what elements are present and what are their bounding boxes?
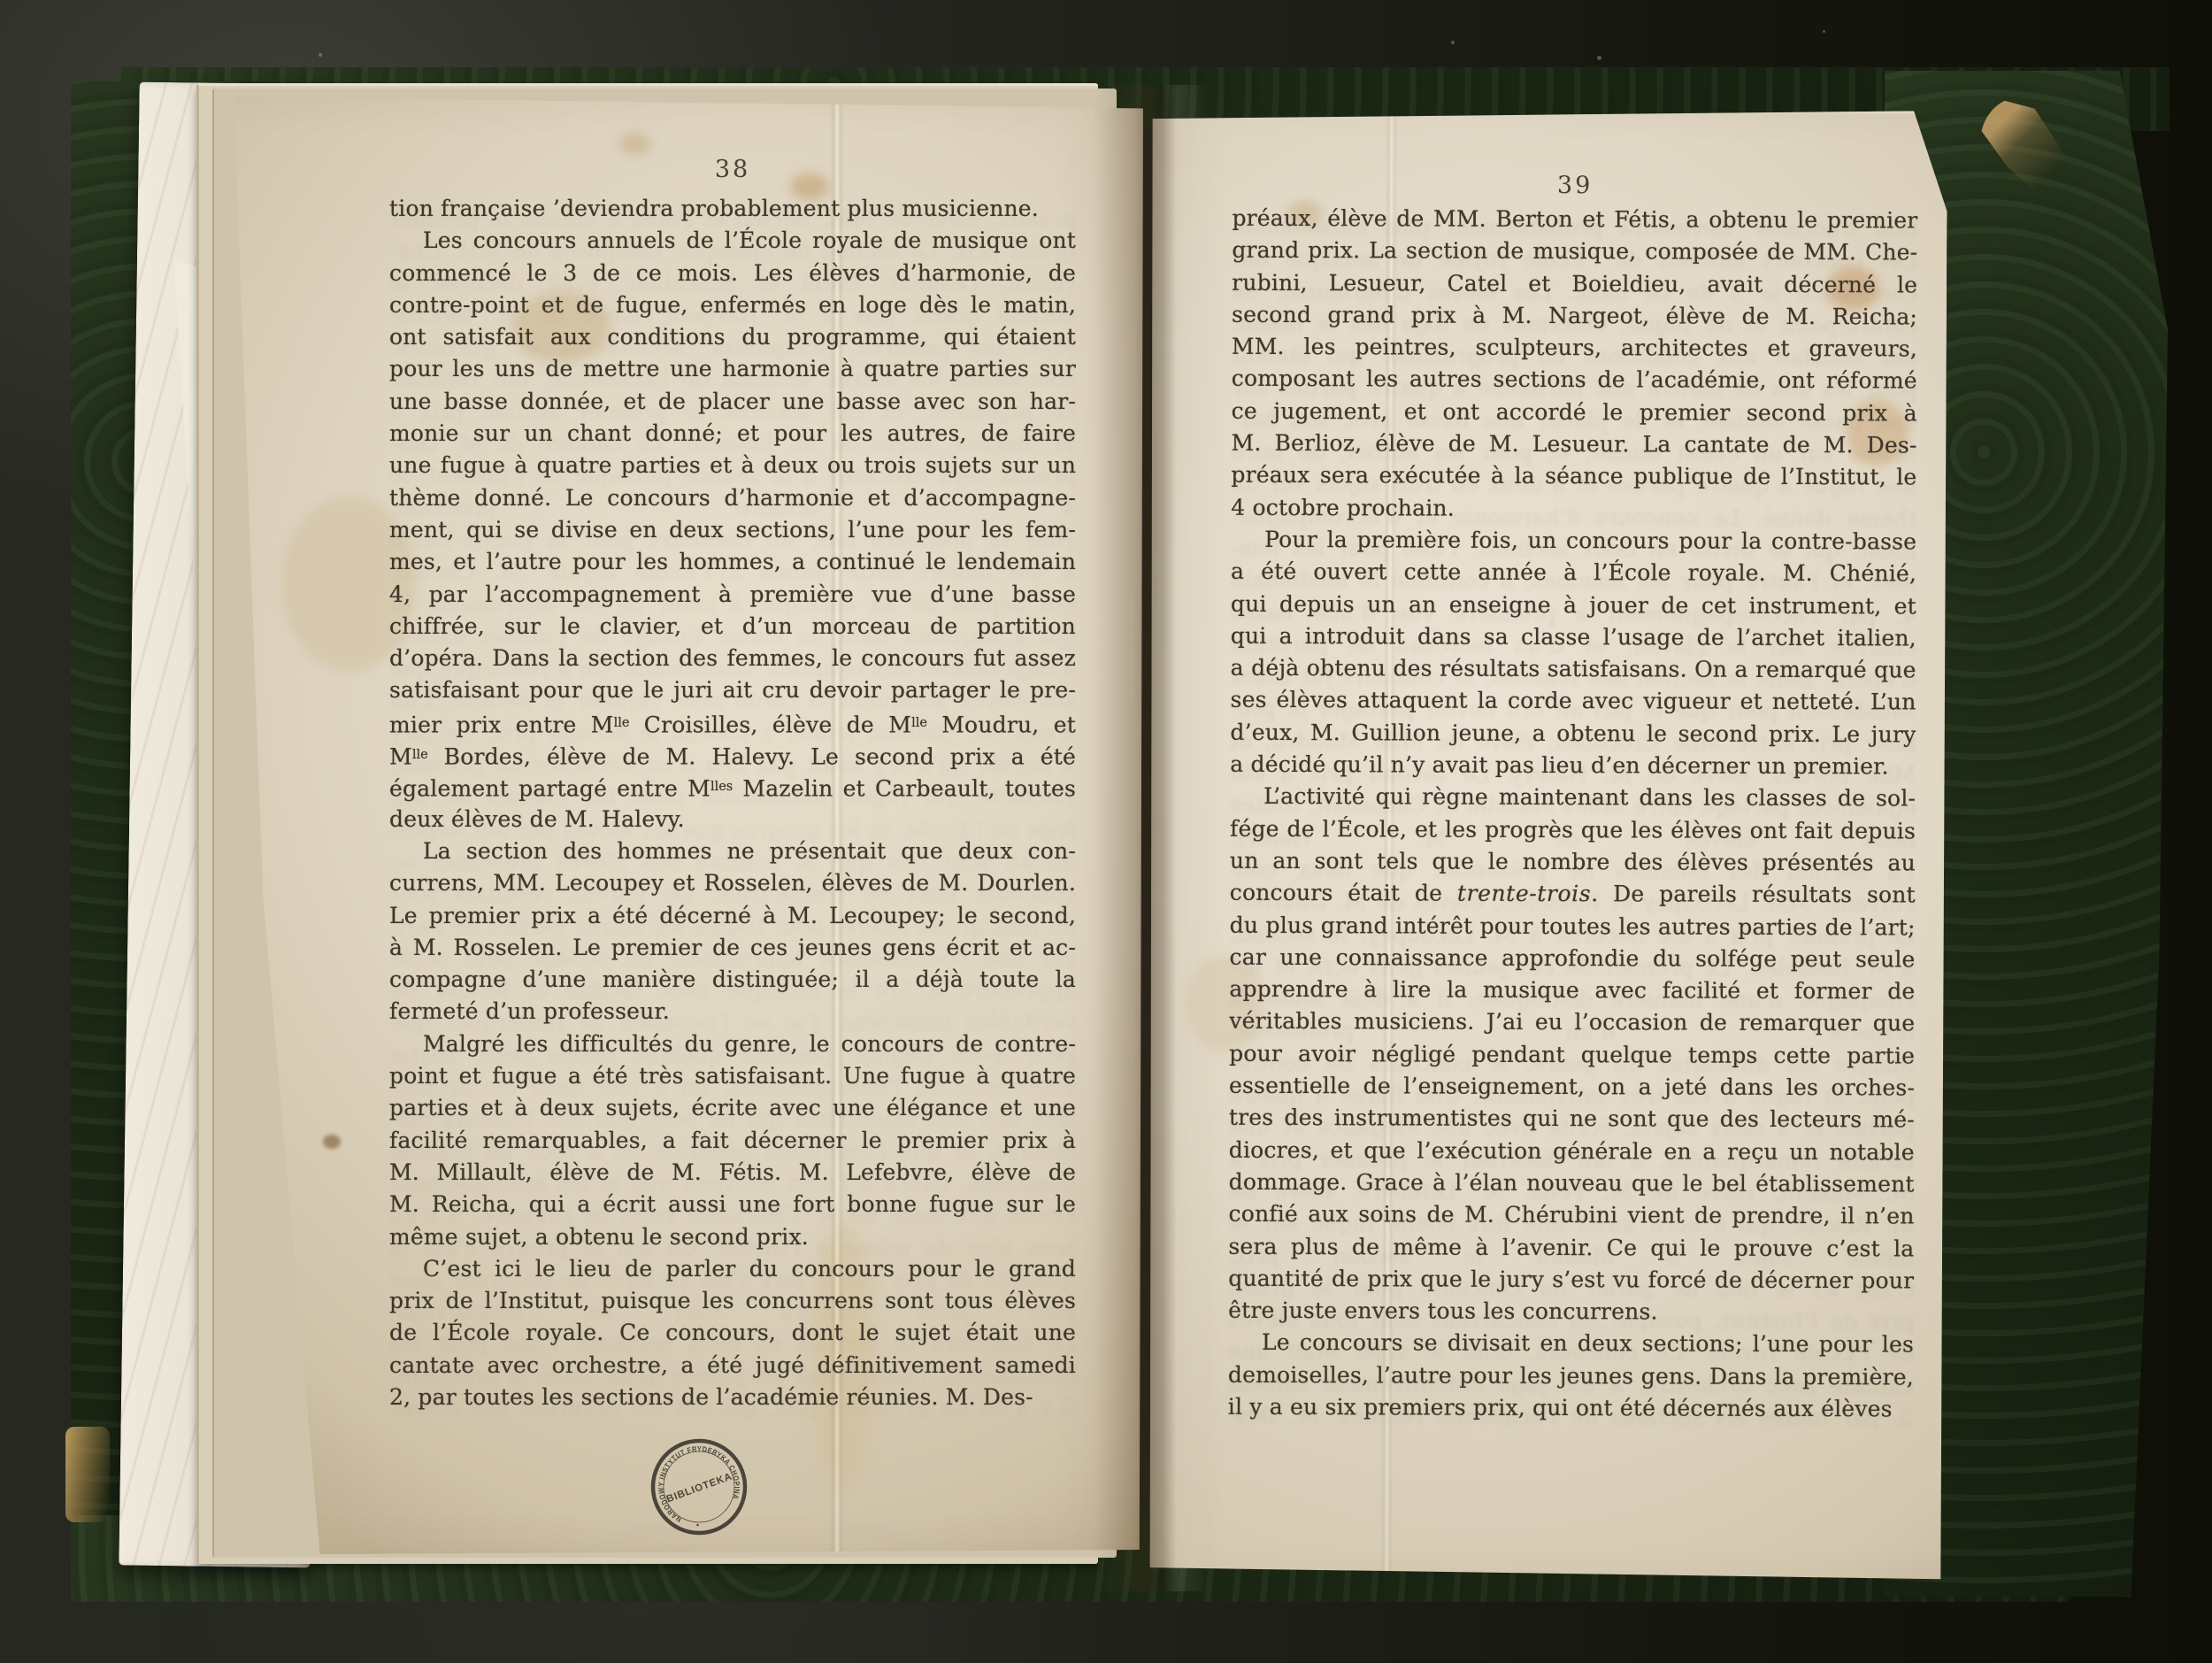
foxing-stain [619, 133, 650, 155]
text-line: pour avoir négligé pendant quelque temps… [1229, 1037, 1915, 1072]
text-line: chiffrée, sur le clavier, et d’un morcea… [389, 611, 1076, 643]
book-photo: préaux, élève de MM. Berton et Fétis, a … [0, 0, 2212, 1663]
text-line: être juste envers tous les concurrens. [1228, 1295, 1914, 1329]
text-line: ont satisfait aux conditions du programm… [389, 321, 1076, 353]
svg-text:•: • [694, 1520, 703, 1530]
text-line: préaux sera exécutée à la séance publiqu… [1231, 459, 1916, 494]
page-39-text-block: préaux, élève de MM. Berton et Fétis, a … [1228, 203, 1918, 1426]
page-38-text-block: tion française ’deviendra probablement p… [389, 193, 1076, 1413]
text-line: car une connaissance approfondie du solf… [1229, 942, 1915, 976]
cover-corner-wear [65, 1427, 110, 1522]
text-line: rubini, Lesueur, Catel et Boieldieu, ava… [1232, 266, 1917, 301]
text-line: a été ouvert cette année à l’École royal… [1231, 556, 1916, 590]
text-line: mes, et l’autre pour les hommes, a conti… [389, 546, 1076, 578]
dust-speck [1451, 41, 1455, 44]
page-39: tion française ’deviendra probablement p… [1146, 108, 1947, 1582]
text-line: L’activité qui règne maintenant dans les… [1230, 781, 1916, 815]
text-line: demoiselles, l’autre pour les jeunes gen… [1228, 1359, 1914, 1393]
text-line: quantité de prix que le jury s’est vu fo… [1228, 1263, 1914, 1297]
text-line: à M. Rosselen. Le premier de ces jeunes … [389, 932, 1076, 964]
text-line: grand prix. La section de musique, compo… [1232, 235, 1917, 269]
gutter-shadow [1094, 85, 1209, 1591]
text-line: sera plus de même à l’avenir. Ce qui le … [1228, 1230, 1914, 1265]
text-line: tion française ’deviendra probablement p… [389, 193, 1076, 225]
text-line: M. Berlioz, élève de M. Lesueur. La cant… [1232, 427, 1917, 462]
text-line: monie sur un chant donné; et pour les au… [389, 418, 1076, 450]
text-line: 4 octobre prochain. [1231, 491, 1916, 526]
text-line: a déjà obtenu des résultats satisfaisans… [1231, 652, 1916, 687]
text-line: fége de l’École, et les progrès que les … [1230, 812, 1916, 847]
text-line: confié aux soins de M. Chérubini vient d… [1228, 1198, 1914, 1233]
stamp-separator: • [694, 1520, 703, 1530]
text-line: satisfaisant pour que le juri ait cru de… [389, 674, 1076, 706]
text-line: concours était de trente-trois. De parei… [1230, 877, 1916, 912]
text-line: point et fugue a été très satisfaisant. … [389, 1060, 1076, 1092]
library-stamp: NARODOWY INSTYTUT FRYDERYKA CHOPINA • BI… [648, 1436, 750, 1538]
text-line: deux élèves de M. Halevy. [389, 804, 1076, 835]
text-line: La section des hommes ne présentait que … [389, 835, 1076, 867]
text-line: second grand prix à M. Nargeot, élève de… [1232, 299, 1917, 334]
page-38: préaux, élève de MM. Berton et Fétis, a … [228, 94, 1145, 1554]
text-line: véritables musiciens. J’ai eu l’occasion… [1229, 1005, 1915, 1040]
text-line: il y a eu six premiers prix, qui ont été… [1228, 1391, 1914, 1426]
text-line: une fugue à quatre parties et à deux ou … [389, 450, 1076, 481]
text-line: 4, par l’accompagnement à première vue d… [389, 579, 1076, 611]
text-line: cantate avec orchestre, a été jugé défin… [389, 1350, 1076, 1382]
dust-speck [1597, 56, 1601, 60]
text-line: d’eux, M. Guillion jeune, a obtenu le se… [1230, 717, 1916, 751]
dust-speck [319, 53, 322, 57]
text-line: préaux, élève de MM. Berton et Fétis, a … [1232, 203, 1917, 237]
text-line: ses élèves attaquent la corde avec vigue… [1231, 684, 1916, 719]
text-line: ce jugement, et ont accordé le premier s… [1232, 396, 1917, 430]
text-line: également partagé entre Mlles Mazelin et… [389, 771, 1076, 803]
text-line: tres des instrumentistes qui ne sont que… [1229, 1102, 1915, 1136]
text-line: Les concours annuels de l’École royale d… [389, 225, 1076, 257]
text-line: ment, qui se divise en deux sections, l’… [389, 514, 1076, 546]
text-line: mier prix entre Mlle Croisilles, élève d… [389, 707, 1076, 739]
text-line: dommage. Grace à l’élan nouveau que le b… [1229, 1166, 1915, 1201]
text-line: thème donné. Le concours d’harmonie et d… [389, 482, 1076, 514]
text-line: apprendre à lire la musique avec facilit… [1229, 974, 1915, 1008]
text-line: même sujet, a obtenu le second prix. [389, 1221, 1076, 1253]
text-line: qui a introduit dans sa classe l’usage d… [1231, 620, 1916, 655]
text-line: C’est ici le lieu de parler du concours … [389, 1253, 1076, 1285]
text-line: Mlle Bordes, élève de M. Halevy. Le seco… [389, 739, 1076, 771]
text-line: M. Reicha, qui a écrit aussi une fort bo… [389, 1189, 1076, 1220]
text-line: compagne d’une manière distinguée; il a … [389, 964, 1076, 996]
text-line: une basse donnée, et de placer une basse… [389, 386, 1076, 418]
text-line: contre-point et de fugue, enfermés en lo… [389, 289, 1076, 321]
text-line: composant les autres sections de l’acadé… [1232, 363, 1917, 397]
text-line: parties et à deux sujets, écrite avec un… [389, 1092, 1076, 1124]
text-line: commencé le 3 de ce mois. Les élèves d’h… [389, 258, 1076, 289]
text-line: MM. les peintres, sculpteurs, architecte… [1232, 331, 1917, 366]
text-line: a décidé qu’il n’y avait pas lieu d’en d… [1230, 749, 1916, 783]
text-line: facilité remarquables, a fait décerner l… [389, 1125, 1076, 1157]
text-line: d’opéra. Dans la section des femmes, le … [389, 643, 1076, 674]
text-line: un an sont tels que le nombre des élèves… [1230, 845, 1916, 880]
text-line: du plus grand intérêt pour toutes les au… [1230, 909, 1916, 943]
text-line: M. Millault, élève de M. Fétis. M. Lefeb… [389, 1157, 1076, 1189]
text-line: fermeté d’un professeur. [389, 996, 1076, 1028]
page-number: 39 [1233, 171, 1918, 201]
text-line: de l’École royale. Ce concours, dont le … [389, 1317, 1076, 1349]
foxing-stain [323, 1135, 341, 1149]
dust-speck [1823, 30, 1825, 33]
page-number: 38 [389, 156, 1076, 183]
text-line: Le concours se divisait en deux sections… [1228, 1327, 1914, 1361]
text-line: currens, MM. Lecoupey et Rosselen, élève… [389, 867, 1076, 899]
text-line: pour les uns de mettre une harmonie à qu… [389, 353, 1076, 385]
text-line: essentielle de l’enseignement, on a jeté… [1229, 1070, 1915, 1105]
text-line: qui depuis un an enseigne à jouer de cet… [1231, 588, 1916, 622]
text-line: Pour la première fois, un concours pour … [1231, 524, 1916, 558]
text-line: 2, par toutes les sections de l’académie… [389, 1382, 1076, 1413]
text-line: Le premier prix a été décerné à M. Lecou… [389, 900, 1076, 932]
text-line: diocres, et que l’exécution générale en … [1229, 1134, 1915, 1168]
text-line: prix de l’Institut, puisque les concurre… [389, 1285, 1076, 1317]
text-line: Malgré les difficultés du genre, le conc… [389, 1028, 1076, 1060]
stamp-center-text: BIBLIOTEKA [665, 1471, 734, 1505]
